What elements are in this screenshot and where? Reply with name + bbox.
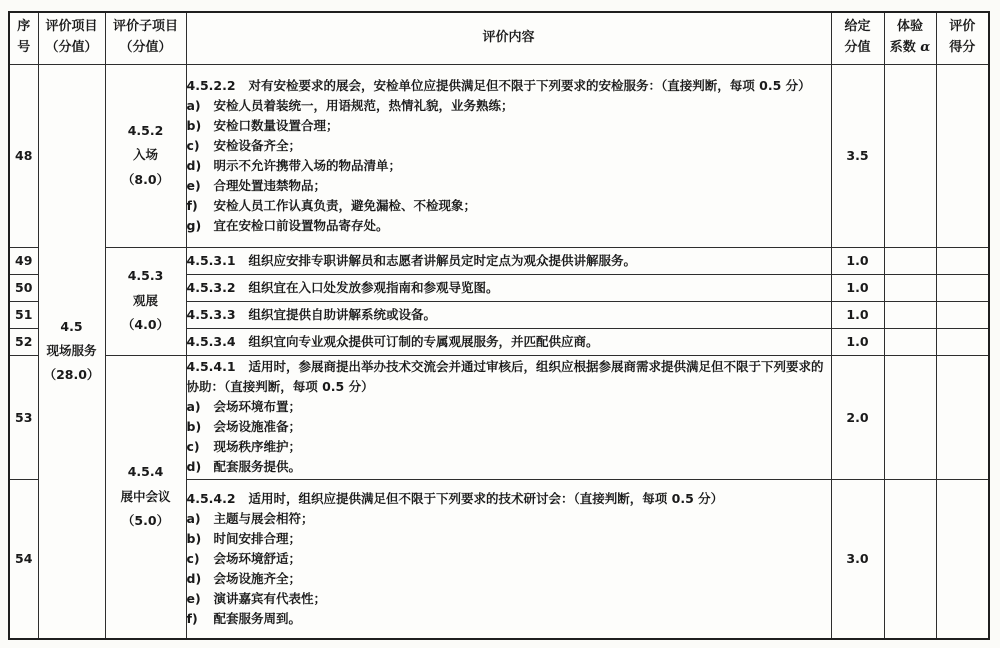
eval-score-cell (936, 328, 989, 355)
clause-number: 4.5.3.2 (187, 280, 236, 295)
seq-cell: 53 (9, 355, 38, 479)
eval-score-cell (936, 64, 989, 247)
list-item: a)安检人员着装统一，用语规范，热情礼貌，业务熟练； (187, 96, 831, 116)
seq-cell: 48 (9, 64, 38, 247)
given-score-cell: 1.0 (831, 301, 884, 328)
scanned-page: 序 号 评价项目 （分值） 评价子项目 （分值） 评价内容 给定 分值 体验 系… (0, 0, 1000, 648)
alpha-symbol: α (920, 40, 930, 55)
clause-number: 4.5.3.4 (187, 334, 236, 349)
list-item: a)会场环境布置； (187, 397, 831, 417)
subgroup-cell-entry: 4.5.2 入场 （8.0） (105, 64, 186, 247)
list-item: a)主题与展会相符； (187, 509, 831, 529)
col-header-seq: 序 号 (9, 12, 38, 64)
evaluation-table: 序 号 评价项目 （分值） 评价子项目 （分值） 评价内容 给定 分值 体验 系… (8, 11, 990, 640)
seq-cell: 52 (9, 328, 38, 355)
seq-cell: 51 (9, 301, 38, 328)
seq-cell: 49 (9, 247, 38, 274)
list-item: d)明示不允许携带入场的物品清单； (187, 156, 831, 176)
coefficient-cell (884, 328, 936, 355)
col-header-coefficient: 体验 系数 α (884, 12, 936, 64)
eval-score-cell (936, 479, 989, 639)
content-cell: 4.5.3.3组织宜提供自助讲解系统或设备。 (186, 301, 831, 328)
content-cell: 4.5.3.1组织应安排专职讲解员和志愿者讲解员定时定点为观众提供讲解服务。 (186, 247, 831, 274)
seq-cell: 50 (9, 274, 38, 301)
list-item: d)配套服务提供。 (187, 457, 831, 477)
clause-text: 适用时，参展商提出举办技术交流会并通过审核后，组织应根据参展商需求提供满足但不限… (187, 359, 824, 394)
col-header-item: 评价项目 （分值） (38, 12, 105, 64)
content-cell: 4.5.3.4组织宜向专业观众提供可订制的专属观展服务，并匹配供应商。 (186, 328, 831, 355)
table-row-48: 48 4.5 现场服务 （28.0） 4.5.2 入场 （8.0） 4.5.2.… (9, 64, 989, 247)
col-header-given-score: 给定 分值 (831, 12, 884, 64)
clause-number: 4.5.3.3 (187, 307, 236, 322)
given-score-cell: 3.0 (831, 479, 884, 639)
clause-text: 适用时，组织应提供满足但不限于下列要求的技术研讨会：（直接判断，每项 0.5 分… (249, 491, 724, 506)
eval-score-cell (936, 355, 989, 479)
list-item: c)会场环境舒适； (187, 549, 831, 569)
list-item: c)现场秩序维护； (187, 437, 831, 457)
coefficient-cell (884, 247, 936, 274)
given-score-cell: 1.0 (831, 274, 884, 301)
list-item: b)安检口数量设置合理； (187, 116, 831, 136)
content-cell: 4.5.3.2组织宜在入口处发放参观指南和参观导览图。 (186, 274, 831, 301)
seq-cell: 54 (9, 479, 38, 639)
given-score-cell: 2.0 (831, 355, 884, 479)
clause-text: 组织宜提供自助讲解系统或设备。 (249, 307, 437, 322)
clause-number: 4.5.3.1 (187, 253, 236, 268)
content-cell: 4.5.4.1适用时，参展商提出举办技术交流会并通过审核后，组织应根据参展商需求… (186, 355, 831, 479)
eval-score-cell (936, 247, 989, 274)
group-cell-onsite-service: 4.5 现场服务 （28.0） (38, 64, 105, 639)
eval-score-cell (936, 274, 989, 301)
content-cell: 4.5.4.2适用时，组织应提供满足但不限于下列要求的技术研讨会：（直接判断，每… (186, 479, 831, 639)
table-row-53: 53 4.5.4 展中会议 （5.0） 4.5.4.1适用时，参展商提出举办技术… (9, 355, 989, 479)
list-item: d)会场设施齐全； (187, 569, 831, 589)
col-header-eval-score: 评价 得分 (936, 12, 989, 64)
list-item: f)安检人员工作认真负责，避免漏检、不检现象； (187, 196, 831, 216)
subgroup-cell-in-show-meeting: 4.5.4 展中会议 （5.0） (105, 355, 186, 639)
clause-number: 4.5.2.2 (187, 78, 236, 93)
clause-text: 组织宜在入口处发放参观指南和参观导览图。 (249, 280, 499, 295)
list-item: f)配套服务周到。 (187, 609, 831, 629)
coefficient-cell (884, 64, 936, 247)
table-row-49: 49 4.5.3 观展 （4.0） 4.5.3.1组织应安排专职讲解员和志愿者讲… (9, 247, 989, 274)
given-score-cell: 1.0 (831, 247, 884, 274)
coefficient-cell (884, 301, 936, 328)
col-header-subitem: 评价子项目 （分值） (105, 12, 186, 64)
list-item: b)会场设施准备； (187, 417, 831, 437)
list-item: e)合理处置违禁物品； (187, 176, 831, 196)
clause-number: 4.5.4.1 (187, 359, 236, 374)
col-header-content: 评价内容 (186, 12, 831, 64)
clause-number: 4.5.4.2 (187, 491, 236, 506)
given-score-cell: 1.0 (831, 328, 884, 355)
header-row: 序 号 评价项目 （分值） 评价子项目 （分值） 评价内容 给定 分值 体验 系… (9, 12, 989, 64)
coefficient-cell (884, 274, 936, 301)
clause-text: 对有安检要求的展会，安检单位应提供满足但不限于下列要求的安检服务：（直接判断，每… (249, 78, 811, 93)
subgroup-cell-visiting: 4.5.3 观展 （4.0） (105, 247, 186, 355)
list-item: c)安检设备齐全； (187, 136, 831, 156)
clause-text: 组织宜向专业观众提供可订制的专属观展服务，并匹配供应商。 (249, 334, 599, 349)
list-item: e)演讲嘉宾有代表性； (187, 589, 831, 609)
clause-text: 组织应安排专职讲解员和志愿者讲解员定时定点为观众提供讲解服务。 (249, 253, 637, 268)
coefficient-cell (884, 355, 936, 479)
content-cell: 4.5.2.2对有安检要求的展会，安检单位应提供满足但不限于下列要求的安检服务：… (186, 64, 831, 247)
given-score-cell: 3.5 (831, 64, 884, 247)
list-item: b)时间安排合理； (187, 529, 831, 549)
coefficient-cell (884, 479, 936, 639)
eval-score-cell (936, 301, 989, 328)
list-item: g)宜在安检口前设置物品寄存处。 (187, 216, 831, 236)
